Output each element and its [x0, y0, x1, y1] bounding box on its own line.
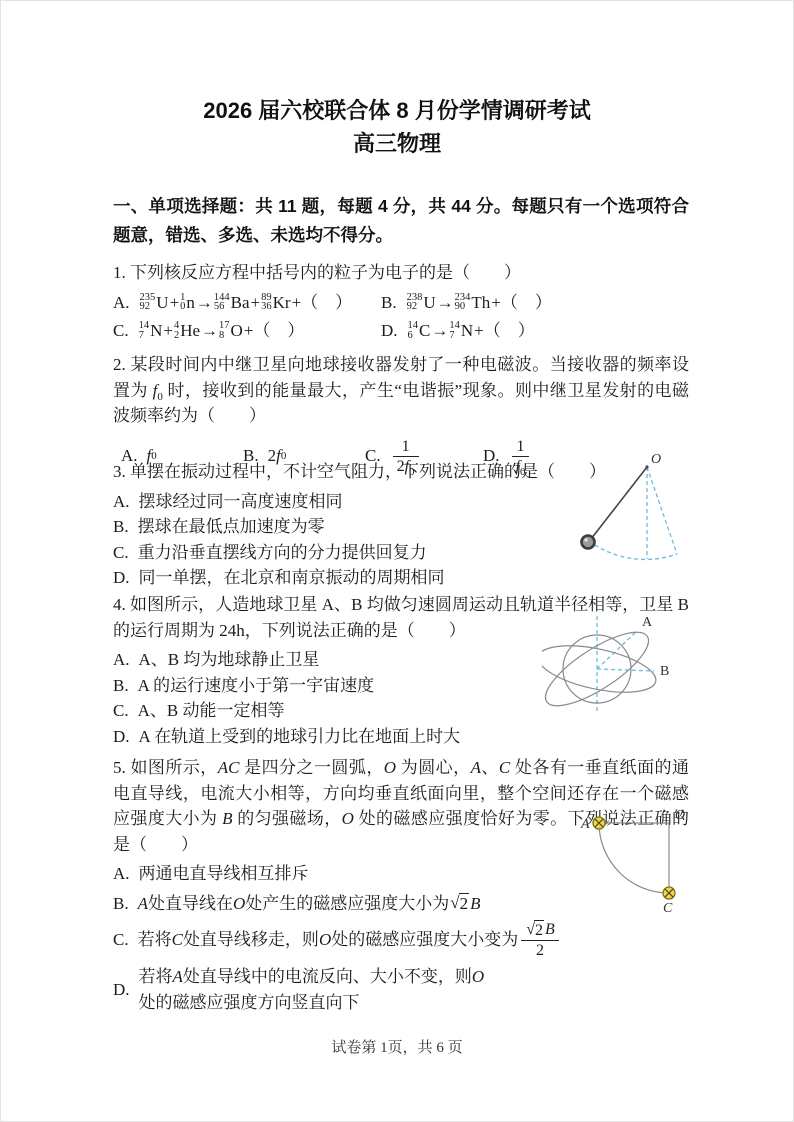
pivot-point-icon	[645, 465, 648, 468]
option-b: B.23892U → 23490Th +（ ）	[381, 290, 689, 316]
satellite-orbits-figure: A B	[542, 612, 697, 740]
exam-paper-page: { "page": { "title_line1": "2026 届六校联合体 …	[0, 0, 794, 1122]
current-into-page-icon-c	[663, 887, 675, 899]
option-content: 23592U + 10n → 14456Ba + 8936Kr +（ ）	[139, 290, 353, 316]
option-label: C.	[113, 540, 129, 566]
pendulum-pivot-label: O	[651, 452, 661, 467]
paper-title-line2: 高三物理	[0, 127, 794, 160]
option-content: 重力沿垂直摆线方向的分力提供回复力	[138, 540, 427, 566]
option-label: D.	[113, 565, 130, 591]
option-label: D.	[113, 724, 130, 750]
question-4: 4. 如图所示，人造地球卫星 A、B 均做匀速圆周运动且轨道半径相等，卫星 B …	[113, 592, 689, 749]
satellite-a-label: A	[642, 615, 653, 630]
paper-title-line1: 2026 届六校联合体 8 月份学情调研考试	[0, 94, 794, 127]
question-5: 5. 如图所示，AC 是四分之一圆弧，O 为圆心，A、C 处各有一垂直纸面的通电…	[113, 755, 689, 1015]
option-label: C.	[113, 698, 129, 724]
option-label: B.	[113, 891, 129, 917]
option-content: 同一单摆，在北京和南京振动的周期相同	[139, 565, 445, 591]
option-label: A.	[113, 861, 130, 887]
option-content: 147N + 42He → 178O +（ ）	[138, 318, 305, 344]
option-content: 若将 C 处直导线移走，则 O 处的磁感应强度大小变为 √2B2	[138, 920, 562, 960]
option-content: 若将 A 处直导线中的电流反向、大小不变，则 O 处的磁感应强度方向竖直向下	[139, 964, 689, 1015]
option-label: C.	[113, 318, 129, 344]
pendulum-figure: O	[559, 451, 697, 573]
wire-a-label: A	[580, 817, 590, 832]
question-1: 1. 下列核反应方程中括号内的粒子为电子的是（ ） A.23592U + 10n…	[113, 260, 689, 344]
quarter-arc-figure: A O C	[569, 807, 691, 929]
option-d: D.146C → 147N +（ ）	[381, 318, 689, 344]
option-content: 摆球在最低点加速度为零	[138, 514, 325, 540]
option-d: D.若将 A 处直导线中的电流反向、大小不变，则 O 处的磁感应强度方向竖直向下	[113, 964, 689, 1015]
current-into-page-icon-a	[593, 817, 605, 829]
question-1-options: A.23592U + 10n → 14456Ba + 8936Kr +（ ）B.…	[113, 290, 689, 344]
option-content: A 在轨道上受到的地球引力比在地面上时大	[139, 724, 461, 750]
option-content: 146C → 147N +（ ）	[407, 318, 535, 344]
option-label: B.	[113, 514, 129, 540]
option-label: D.	[113, 977, 130, 1003]
question-3: 3. 单摆在振动过程中，不计空气阻力，下列说法正确的是（ ） A.摆球经过同一高…	[113, 459, 689, 591]
question-2-stem: 2. 某段时间内中继卫星向地球接收器发射了一种电磁波。当接收器的频率设置为 f0…	[113, 352, 689, 429]
page-footer: 试卷第 1页，共 6 页	[0, 1036, 794, 1057]
satellite-b-label: B	[660, 664, 669, 679]
option-content: 摆球经过同一高度速度相同	[139, 489, 343, 515]
arc-center-label: O	[675, 808, 685, 823]
option-label: C.	[113, 927, 129, 953]
option-content: A、B 均为地球静止卫星	[139, 647, 320, 673]
question-1-stem: 1. 下列核反应方程中括号内的粒子为电子的是（ ）	[113, 260, 689, 286]
option-content: A 的运行速度小于第一宇宙速度	[138, 673, 375, 699]
option-a: A.23592U + 10n → 14456Ba + 8936Kr +（ ）	[113, 290, 381, 316]
option-label: A.	[113, 647, 130, 673]
wire-c-label: C	[663, 901, 673, 916]
option-content: 23892U → 23490Th +（ ）	[406, 290, 552, 316]
option-label: D.	[381, 318, 398, 344]
option-content: A、B 动能一定相等	[138, 698, 285, 724]
option-c: C.147N + 42He → 178O +（ ）	[113, 318, 381, 344]
option-label: B.	[381, 290, 397, 316]
section-header: 一、单项选择题：共 11 题，每题 4 分，共 44 分。每题只有一个选项符合题…	[113, 192, 689, 250]
option-content: 两通电直导线相互排斥	[139, 861, 309, 887]
option-label: A.	[113, 290, 130, 316]
option-label: A.	[113, 489, 130, 515]
option-content: A 处直导线在 O 处产生的磁感应强度大小为 √2B	[138, 891, 481, 917]
paper-title: 2026 届六校联合体 8 月份学情调研考试 高三物理	[0, 94, 794, 160]
option-label: B.	[113, 673, 129, 699]
pendulum-bob-icon	[582, 536, 595, 549]
